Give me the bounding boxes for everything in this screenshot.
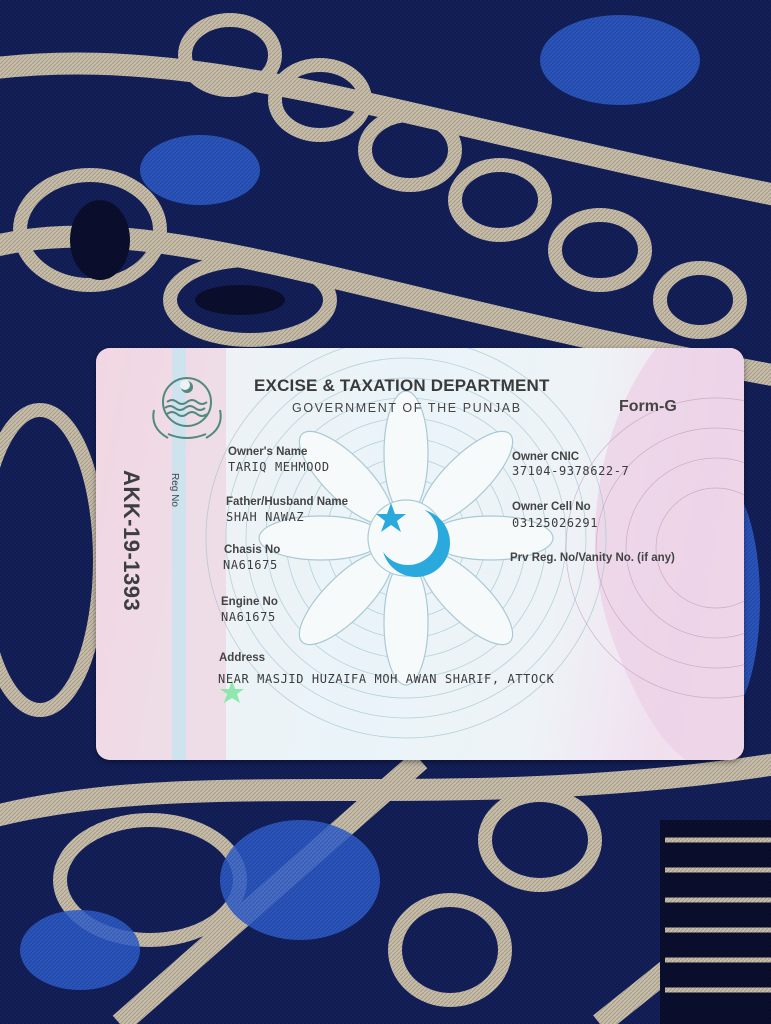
owner-name-value: TARIQ MEHMOOD: [228, 460, 330, 474]
chasis-no-label: Chasis No: [224, 544, 280, 556]
owner-cell-value: 03125026291: [512, 516, 598, 530]
address-value: NEAR MASJID HUZAIFA MOH AWAN SHARIF, ATT…: [218, 672, 554, 686]
government-subtitle: GOVERNMENT OF THE PUNJAB: [292, 401, 522, 415]
vehicle-registration-card: EXCISE & TAXATION DEPARTMENT GOVERNMENT …: [96, 348, 744, 760]
engine-no-label: Engine No: [221, 596, 278, 608]
registration-label: Reg No: [169, 473, 180, 507]
registration-number: AKK-19-1393: [118, 470, 144, 611]
owner-cell-label: Owner Cell No: [512, 501, 591, 513]
owner-cnic-value: 37104-9378622-7: [512, 464, 629, 478]
chasis-no-value: NA61675: [223, 558, 278, 572]
form-type: Form-G: [619, 398, 677, 416]
address-label: Address: [219, 652, 265, 664]
prv-reg-label: Prv Reg. No/Vanity No. (if any): [510, 552, 675, 564]
owner-name-label: Owner's Name: [228, 446, 307, 458]
father-name-label: Father/Husband Name: [226, 496, 348, 508]
owner-cnic-label: Owner CNIC: [512, 451, 579, 463]
department-title: EXCISE & TAXATION DEPARTMENT: [254, 376, 550, 396]
father-name-value: SHAH NAWAZ: [226, 510, 304, 524]
engine-no-value: NA61675: [221, 610, 276, 624]
punjab-government-emblem-icon: [148, 370, 226, 442]
